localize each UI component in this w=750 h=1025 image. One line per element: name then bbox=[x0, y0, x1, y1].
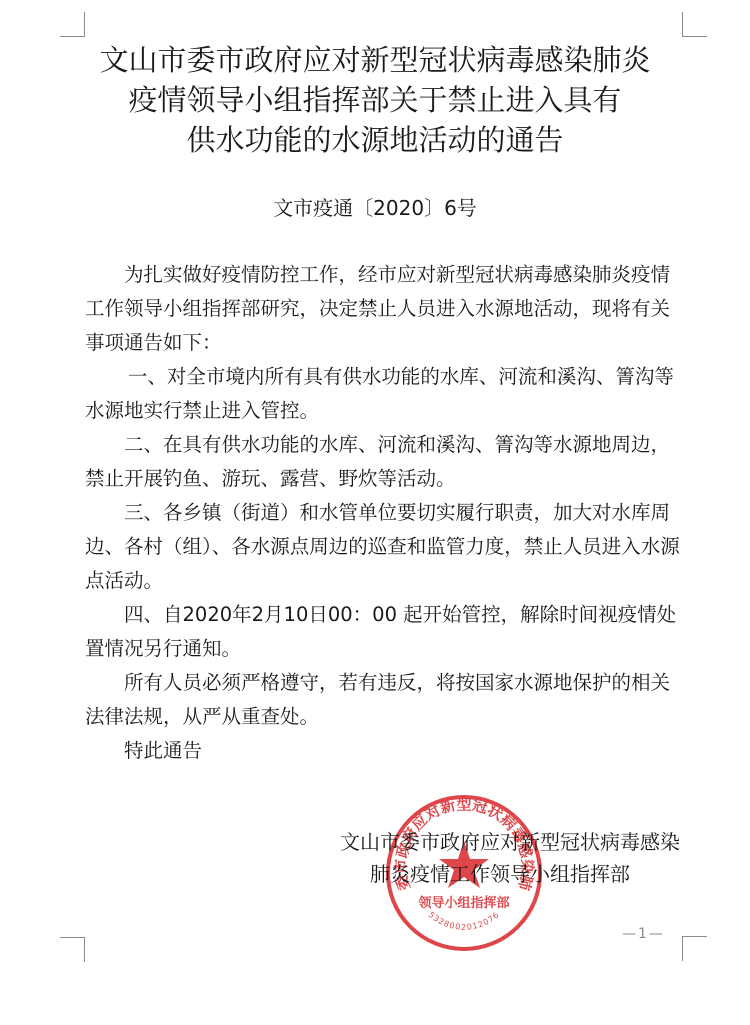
document-body: 为扎实做好疫情防控工作，经市应对新型冠状病毒感染肺炎疫情工作领导小组指挥部研究，… bbox=[85, 258, 685, 768]
paragraph-item-3: 三、各乡镇（街道）和水管单位要切实履行职责，加大对水库周边、各村（组）、各水源点… bbox=[85, 496, 685, 598]
stamp-center-text: 领导小组指挥部 bbox=[417, 895, 509, 911]
paragraph-intro: 为扎实做好疫情防控工作，经市应对新型冠状病毒感染肺炎疫情工作领导小组指挥部研究，… bbox=[85, 258, 685, 360]
signature-line: 肺炎疫情工作领导小组指挥部 bbox=[320, 858, 700, 890]
title-line: 供水功能的水源地活动的通告 bbox=[0, 120, 750, 160]
page-corner-mark-bottom-right bbox=[682, 936, 707, 961]
title-line: 文山市委市政府应对新型冠状病毒感染肺炎 bbox=[0, 40, 750, 80]
page-corner-mark-bottom-left bbox=[60, 937, 85, 962]
page-number: —1— bbox=[622, 926, 665, 942]
page-corner-mark-top-left bbox=[60, 12, 85, 37]
title-line: 疫情领导小组指挥部关于禁止进入具有 bbox=[0, 80, 750, 120]
document-title: 文山市委市政府应对新型冠状病毒感染肺炎 疫情领导小组指挥部关于禁止进入具有 供水… bbox=[0, 40, 750, 160]
paragraph-item-2: 二、在具有供水功能的水库、河流和溪沟、箐沟等水源地周边，禁止开展钓鱼、游玩、露营… bbox=[85, 428, 685, 496]
signature-block: 文山市委市政府应对新型冠状病毒感染 肺炎疫情工作领导小组指挥部 bbox=[320, 826, 700, 890]
signature-line: 文山市委市政府应对新型冠状病毒感染 bbox=[320, 826, 700, 858]
paragraph-closing: 特此通告 bbox=[85, 734, 685, 768]
paragraph-warning: 所有人员必须严格遵守，若有违反，将按国家水源地保护的相关法律法规，从严从重查处。 bbox=[85, 666, 685, 734]
document-number: 文市疫通〔2020〕6号 bbox=[0, 193, 750, 223]
paragraph-item-1: 一、对全市境内所有具有供水功能的水库、河流和溪沟、箐沟等水源地实行禁止进入管控。 bbox=[85, 360, 685, 428]
paragraph-item-4: 四、自2020年2月10日00：00 起开始管控，解除时间视疫情处置情况另行通知… bbox=[85, 598, 685, 666]
stamp-code: 5328002012076 bbox=[427, 910, 502, 932]
svg-text:5328002012076: 5328002012076 bbox=[427, 910, 502, 932]
page-corner-mark-top-right bbox=[682, 12, 707, 37]
